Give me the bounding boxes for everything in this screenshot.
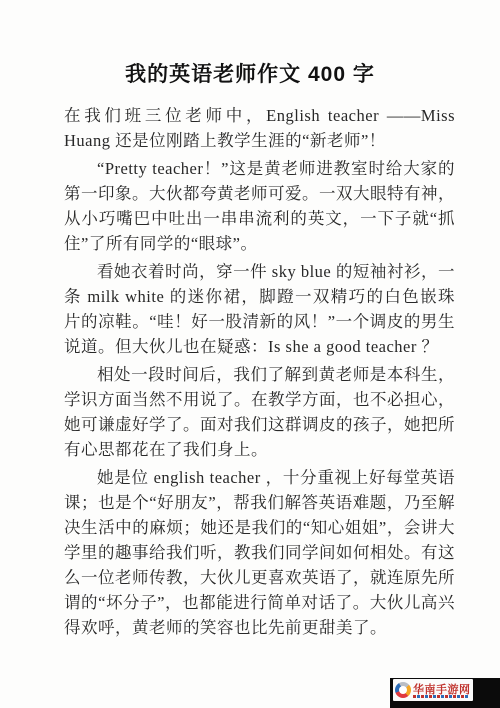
- page-title: 我的英语老师作文 400 字: [0, 0, 500, 88]
- watermark-slogan-strip: [413, 695, 469, 698]
- site-watermark: 华南手游网: [390, 678, 500, 708]
- watermark-card: 华南手游网: [393, 679, 473, 701]
- essay-paragraph: 相处一段时间后，我们了解到黄老师是本科生，学识方面当然不用说了。在教学方面，也不…: [64, 362, 455, 462]
- essay-paragraph: “Pretty teacher！”这是黄老师进教室时给大家的第一印象。大伙都夸黄…: [64, 156, 455, 256]
- site-logo-icon: [395, 682, 411, 698]
- essay-paragraph: 她是位 english teacher ，十分重视上好每堂英语课；也是个“好朋友…: [64, 465, 455, 640]
- essay-paragraph: 看她衣着时尚，穿一件 sky blue 的短袖衬衫，一条 milk white …: [64, 259, 455, 359]
- essay-body: 在我们班三位老师中，English teacher ——Miss Huang 还…: [64, 103, 455, 640]
- essay-paragraph: 在我们班三位老师中，English teacher ——Miss Huang 还…: [64, 103, 455, 153]
- document-page: 我的英语老师作文 400 字 在我们班三位老师中，English teacher…: [0, 0, 500, 708]
